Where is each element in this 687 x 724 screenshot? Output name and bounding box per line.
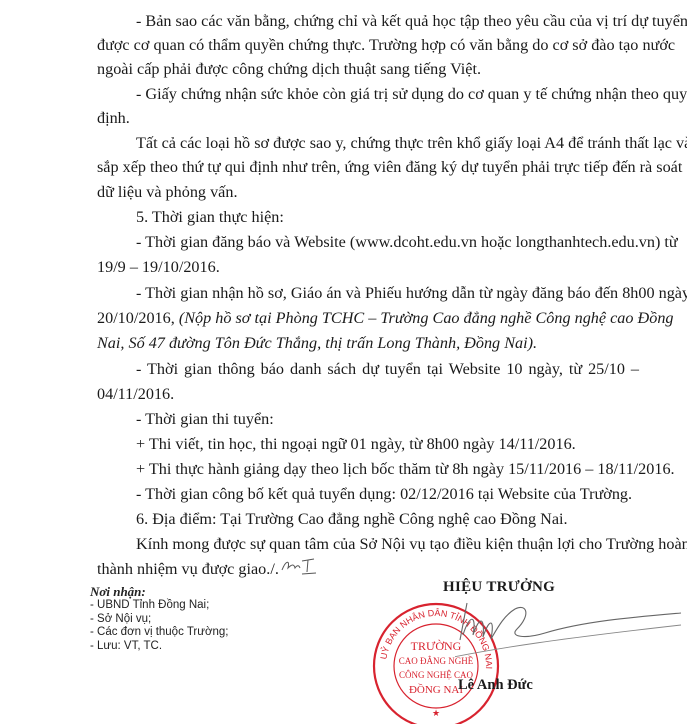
paragraph-line: - Thời gian nhận hồ sơ, Giáo án và Phiếu…: [136, 283, 639, 303]
handwritten-signature-icon: [455, 595, 685, 685]
svg-text:★: ★: [432, 708, 440, 718]
recipient-item: - Sở Nội vụ;: [90, 613, 228, 627]
recipients-title: Nơi nhận:: [90, 584, 228, 599]
recipient-item: - Các đơn vị thuộc Trường;: [90, 626, 228, 640]
italic-note: (Nộp hồ sơ tại Phòng TCHC – Trường Cao đ…: [179, 309, 674, 327]
italic-note-line: Nai, Số 47 đường Tôn Đức Thắng, thị trấn…: [97, 333, 639, 353]
paragraph-line: Kính mong được sự quan tâm của Sở Nội vụ…: [136, 534, 639, 554]
paragraph-line: 19/9 – 19/10/2016.: [97, 257, 639, 277]
paragraph-line: Tất cả các loại hồ sơ được sao y, chứng …: [136, 133, 639, 153]
paragraph-line: + Thi thực hành giảng dạy theo lịch bốc …: [136, 459, 639, 479]
recipient-item: - Lưu: VT, TC.: [90, 640, 228, 654]
paragraph-line: - Bản sao các văn bằng, chứng chỉ và kết…: [136, 11, 639, 31]
date-text: 20/10/2016,: [97, 309, 179, 327]
recipient-item: - UBND Tỉnh Đồng Nai;: [90, 599, 228, 613]
section-heading: 5. Thời gian thực hiện:: [136, 207, 639, 227]
paragraph-line: - Thời gian công bố kết quả tuyển dụng: …: [136, 484, 639, 504]
paragraph-line: thành nhiệm vụ được giao./.: [97, 559, 639, 579]
paragraph-line: 20/10/2016, (Nộp hồ sơ tại Phòng TCHC – …: [97, 308, 639, 328]
document-page: - Bản sao các văn bằng, chứng chỉ và kết…: [0, 0, 687, 724]
paragraph-line: dữ liệu và phỏng vấn.: [97, 182, 639, 202]
paragraph-line: ngoài cấp phải được công chứng dịch thuậ…: [97, 59, 639, 79]
paragraph-line: + Thi viết, tin học, thi ngoại ngữ 01 ng…: [136, 434, 639, 454]
paragraph-line: được cơ quan có thẩm quyền chứng thực. T…: [97, 35, 639, 55]
section-heading: 6. Địa điểm: Tại Trường Cao đẳng nghề Cô…: [136, 509, 639, 529]
paragraph-line: - Thời gian thông báo danh sách dự tuyển…: [136, 359, 639, 379]
paragraph-line: - Thời gian thi tuyển:: [136, 409, 639, 429]
svg-text:TRƯỜNG: TRƯỜNG: [411, 639, 462, 653]
signer-title: HIỆU TRƯỞNG: [443, 579, 555, 596]
initials-mark-icon: [280, 556, 320, 578]
paragraph-line: định.: [97, 108, 639, 128]
paragraph-line: sắp xếp theo thứ tự qui định như trên, ứ…: [97, 157, 639, 177]
signer-name: Lê Anh Đức: [458, 677, 533, 694]
paragraph-line: - Thời gian đăng báo và Website (www.dco…: [136, 232, 639, 252]
paragraph-line: 04/11/2016.: [97, 384, 639, 404]
paragraph-line: - Giấy chứng nhận sức khỏe còn giá trị s…: [136, 84, 639, 104]
recipients-block: Nơi nhận: - UBND Tỉnh Đồng Nai; - Sở Nội…: [90, 584, 228, 653]
